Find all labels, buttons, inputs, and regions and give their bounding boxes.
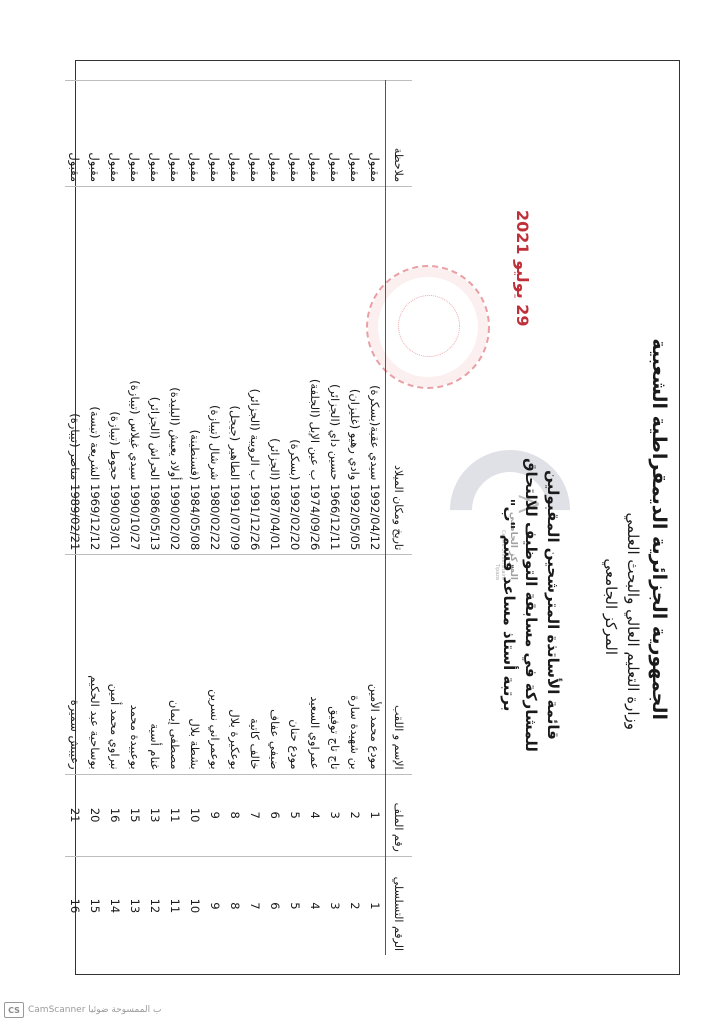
table-header-row: الرقم التسلسلي رقم الملف الإسم و اللقب ت… [386,81,413,956]
cell-dob: 1987/04/01 (الجزائر) [265,187,285,555]
cell-serial: 4 [305,856,325,955]
table-row: 88بوعكيرة بلال1991/07/09 الطاهير (جيجل)م… [225,81,245,956]
table-row: 33تاج تاج توفيق1966/12/11 حسين داي (الجز… [325,81,345,956]
column-header-note: ملاحظة [386,81,413,187]
cell-note: مقبول [265,81,285,187]
cell-serial: 9 [205,856,225,955]
column-header-dob: تاريخ ومكان الميلاد [386,187,413,555]
table-row: 22بن شهيدة سارة1992/05/05 وادي رهيو (غلي… [345,81,365,956]
cell-note: مقبول [205,81,225,187]
cell-note: مقبول [85,81,105,187]
cell-serial: 5 [285,856,305,955]
cell-file: 13 [145,774,165,856]
table-body: 11مودع محمد الأمين1992/04/12 سيدي عقبة(ب… [65,81,386,956]
title-line-1: قائمة الأساتذة المترشحين المقبولين [544,375,562,835]
cell-dob: 1991/12/26 ب الرويبة (الجزائر) [245,187,265,555]
cell-serial: 8 [225,856,245,955]
cell-serial: 2 [345,856,365,955]
cell-serial: 16 [65,856,85,955]
cell-serial: 1 [365,856,386,955]
table-row: 1213غنام أسية1986/05/13 الحراش (الجزائر)… [145,81,165,956]
cell-dob: 1974/09/26 ب عين الإبل (الجلفة) [305,187,325,555]
header-ministry: وزارة التعليم العالي والبحث العلمي [624,60,642,975]
cell-dob: 1990/10/27 سيدي غيلاس (تيبازة) [125,187,145,555]
cell-dob: 1986/05/13 الحراش (الجزائر) [145,187,165,555]
cell-file: 9 [205,774,225,856]
cell-dob: 1991/07/09 الطاهير (جيجل) [225,187,245,555]
cell-dob: 1992/05/05 وادي رهيو (غليزان) [345,187,365,555]
scanned-document-page: الجمهورية الجزائرية الديمقراطية الشعبية … [75,60,680,975]
table-row: 1621زعيبش سميرة1989/02/21 مناصر (تيبازة)… [65,81,85,956]
cell-file: 3 [325,774,345,856]
cell-dob: 1980/02/22 شرشال (تيبازة) [205,187,225,555]
cell-file: 1 [365,774,386,856]
cell-serial: 7 [245,856,265,955]
cell-name: مصطفى إيمان [165,555,185,774]
table-row: 1111مصطفى إيمان1990/02/02 أولاد يعيش (ال… [165,81,185,956]
cell-name: بوساحية عبد الحكيم [85,555,105,774]
table-row: 1416نبراوي محمد أمين1990/03/01 حجوط (تيب… [105,81,125,956]
table-row: 1520بوساحية عبد الحكيم1969/12/12 الشريعة… [85,81,105,956]
date-stamp: 29 يوليو 2021 [513,210,532,327]
cell-note: مقبول [125,81,145,187]
cell-file: 20 [85,774,105,856]
cell-file: 8 [225,774,245,856]
cell-note: مقبول [185,81,205,187]
cell-note: مقبول [245,81,265,187]
cell-dob: 1990/02/02 أولاد يعيش (البليدة) [165,187,185,555]
cell-note: مقبول [65,81,85,187]
cell-file: 15 [125,774,145,856]
cell-note: مقبول [105,81,125,187]
cell-note: مقبول [145,81,165,187]
table-row: 55مودع حنان1992/02/20 (بسكرة)مقبول [285,81,305,956]
cell-serial: 3 [325,856,345,955]
table-row: 99بوعمراني نسرين1980/02/22 شرشال (تيبازة… [205,81,225,956]
table-row: 77خالف كاتية1991/12/26 ب الرويبة (الجزائ… [245,81,265,956]
cell-file: 4 [305,774,325,856]
cell-name: بوعمراني نسرين [205,555,225,774]
cell-file: 5 [285,774,305,856]
cell-serial: 12 [145,856,165,955]
cell-dob: 1992/02/20 (بسكرة) [285,187,305,555]
cell-file: 21 [65,774,85,856]
cell-name: بوعبيدة محمد [125,555,145,774]
table-row: 1315بوعبيدة محمد1990/10/27 سيدي غيلاس (ت… [125,81,145,956]
document-header: الجمهورية الجزائرية الديمقراطية الشعبية … [602,60,670,975]
cell-file: 10 [185,774,205,856]
cell-file: 2 [345,774,365,856]
cell-name: بوعكيرة بلال [225,555,245,774]
cell-serial: 11 [165,856,185,955]
title-line-3: برتبة أستاذ مساعد قسم "ب" [500,375,518,835]
cell-name: مودع محمد الأمين [365,555,386,774]
table-row: 1010بشطة بلال1984/05/08 (قسنطينة)مقبول [185,81,205,956]
cell-serial: 6 [265,856,285,955]
table-row: 66ضيفي عفاف1987/04/01 (الجزائر)مقبول [265,81,285,956]
title-line-2: للمشاركة في مسابقة التوظيف للالتحاق [522,375,540,835]
cell-file: 6 [265,774,285,856]
cell-name: عمراوي السعيد [305,555,325,774]
cell-dob: 1984/05/08 (قسنطينة) [185,187,205,555]
cell-note: مقبول [365,81,386,187]
cell-name: بشطة بلال [185,555,205,774]
cell-file: 11 [165,774,185,856]
cell-dob: 1990/03/01 حجوط (تيبازة) [105,187,125,555]
header-institution: المركز الجامعي [602,60,620,975]
table-row: 11مودع محمد الأمين1992/04/12 سيدي عقبة(ب… [365,81,386,956]
cell-note: مقبول [305,81,325,187]
column-header-file: رقم الملف [386,774,413,856]
candidates-table: الرقم التسلسلي رقم الملف الإسم و اللقب ت… [65,80,412,955]
camscanner-text: CamScanner ب الممسوحة ضوئيا [28,1005,161,1015]
cell-name: مودع حنان [285,555,305,774]
cell-dob: 1989/02/21 مناصر (تيبازة) [65,187,85,555]
column-header-name: الإسم و اللقب [386,555,413,774]
cell-name: ضيفي عفاف [265,555,285,774]
cell-serial: 14 [105,856,125,955]
column-header-serial: الرقم التسلسلي [386,856,413,955]
camscanner-logo-icon: CS [4,1002,24,1018]
cell-serial: 15 [85,856,105,955]
cell-name: نبراوي محمد أمين [105,555,125,774]
cell-name: بن شهيدة سارة [345,555,365,774]
cell-dob: 1992/04/12 سيدي عقبة(بسكرة) [365,187,386,555]
cell-name: خالف كاتية [245,555,265,774]
cell-name: زعيبش سميرة [65,555,85,774]
cell-note: مقبول [325,81,345,187]
cell-file: 7 [245,774,265,856]
cell-name: غنام أسية [145,555,165,774]
header-republic: الجمهورية الجزائرية الديمقراطية الشعبية [648,60,670,975]
table-row: 44عمراوي السعيد1974/09/26 ب عين الإبل (ا… [305,81,325,956]
cell-file: 16 [105,774,125,856]
cell-note: مقبول [345,81,365,187]
cell-name: تاج تاج توفيق [325,555,345,774]
cell-note: مقبول [165,81,185,187]
cell-dob: 1966/12/11 حسين داي (الجزائر) [325,187,345,555]
cell-note: مقبول [285,81,305,187]
cell-serial: 13 [125,856,145,955]
camscanner-watermark: CS CamScanner ب الممسوحة ضوئيا [4,1002,161,1018]
cell-note: مقبول [225,81,245,187]
cell-dob: 1969/12/12 الشريعة (تبسة) [85,187,105,555]
cell-serial: 10 [185,856,205,955]
